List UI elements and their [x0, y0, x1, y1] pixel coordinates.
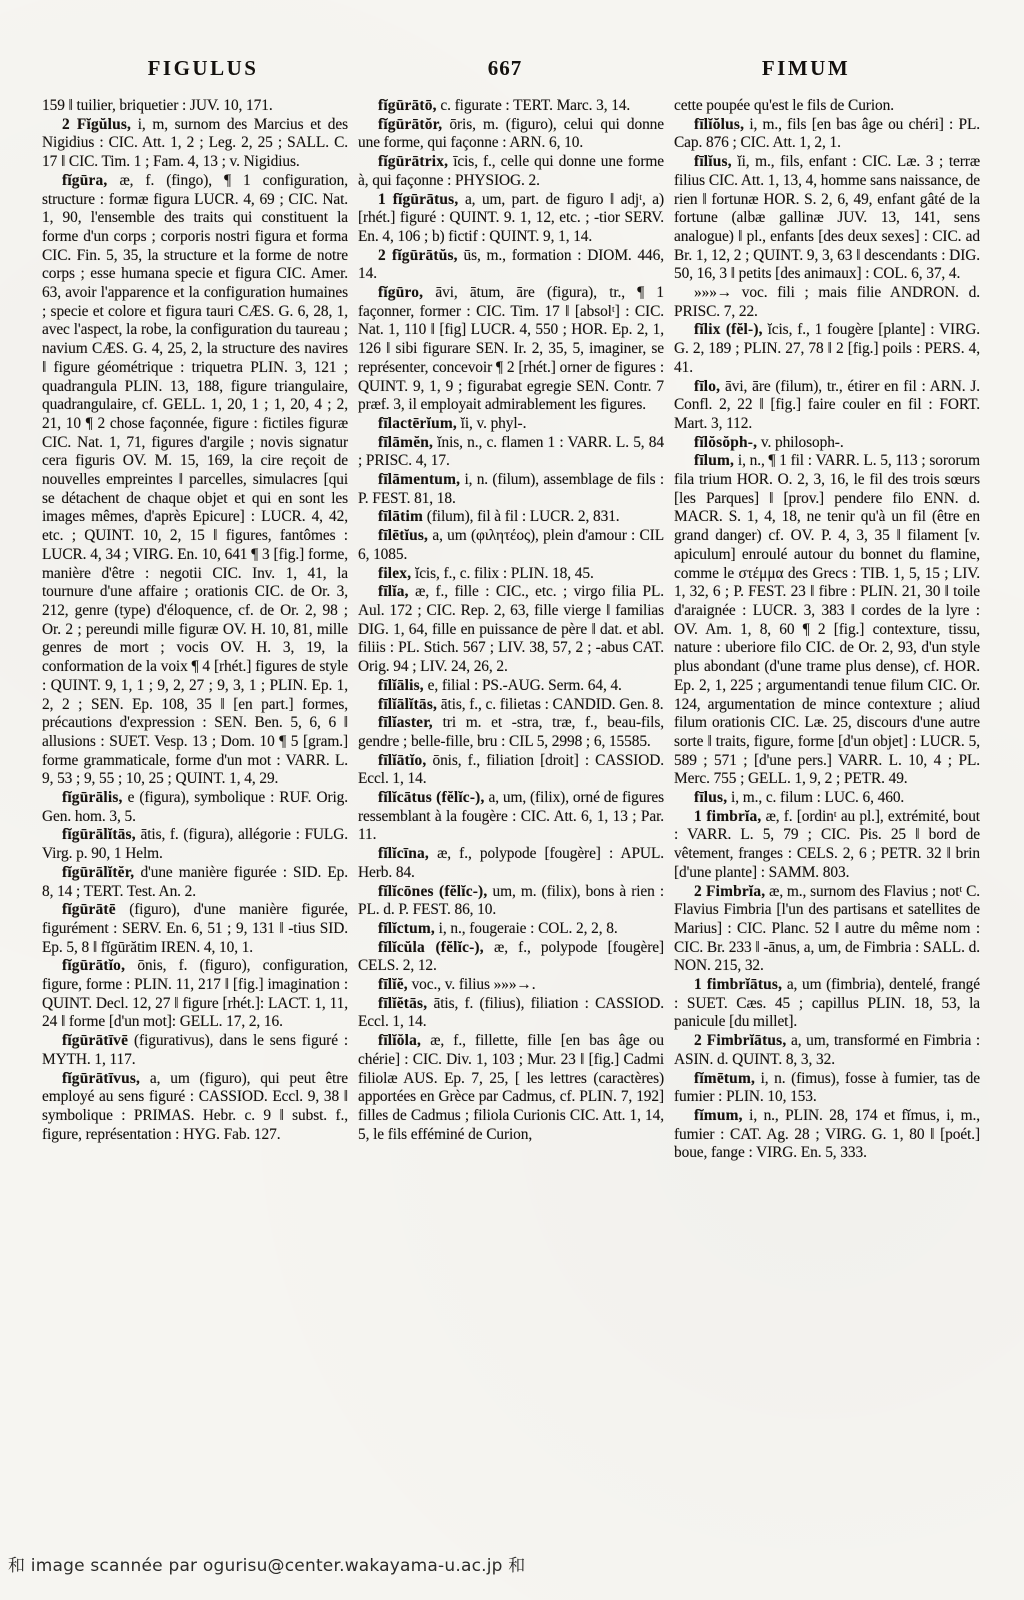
dictionary-entry: fĭgūrātē (figuro), d'une manière figurée… — [42, 901, 348, 957]
column-middle: fĭgūrātō, c. figurate : TERT. Marc. 3, 1… — [358, 97, 664, 1547]
dictionary-entry: 2 fĭgūrātŭs, ūs, m., formation : DIOM. 4… — [358, 247, 664, 284]
headword: fīlĭŏla, — [378, 1032, 421, 1049]
dictionary-entry: filex, ĭcis, f., c. filix : PLIN. 18, 45… — [358, 565, 664, 584]
page-number: 667 — [488, 56, 523, 81]
dictionary-entry: fīlum, i, n., ¶ 1 fil : VARR. L. 5, 113 … — [674, 452, 980, 789]
headword: fĭlĭcātus (fĕlĭc-), — [378, 789, 485, 806]
dictionary-entry: fīlĭĕ, voc., v. filius »»»→. — [358, 976, 664, 995]
dictionary-entry: fĭlĭcōnes (fĕlĭc-), um, m. (filix), bons… — [358, 883, 664, 920]
dictionary-entry: fīlactērĭum, ĭi, v. phyl-. — [358, 415, 664, 434]
headword: fīlĭa, — [378, 583, 409, 600]
dictionary-entry: 1 fimbrĭātus, a, um (fimbria), dentelé, … — [674, 976, 980, 1032]
dictionary-entry: fĭgūrātŏr, ōris, m. (figuro), celui qui … — [358, 116, 664, 153]
headword: fĭgūrātō, — [378, 97, 437, 114]
dictionary-entry: fīlĭŏlus, i, m., fils [en bas âge ou ché… — [674, 116, 980, 153]
headword: fīlĭŏlus, — [694, 116, 744, 133]
dictionary-entry: fĭgūra, æ, f. (fingo), ¶ 1 configuration… — [42, 172, 348, 789]
dictionary-entry: fĭlĭcātus (fĕlĭc-), a, um, (filix), orné… — [358, 789, 664, 845]
dictionary-entry: fīlĭaster, tri m. et -stra, træ, f., bea… — [358, 714, 664, 751]
dictionary-entry: fĭlix (fĕl-), ĭcis, f., 1 fougère [plant… — [674, 321, 980, 377]
column-left: 159 ‖ tuilier, briquetier : JUV. 10, 171… — [42, 97, 348, 1547]
dictionary-entry: cette poupée qu'est le fils de Curion. — [674, 97, 980, 116]
headword: 2 Fĭgŭlus, — [62, 116, 131, 133]
headword: fĭlĭcīna, — [378, 845, 429, 862]
headword: fīlĭālĭtās, — [378, 696, 437, 713]
headword: 2 Fimbrĭa, — [694, 883, 765, 900]
dictionary-entry: fīlĭātĭo, ōnis, f., filiation [droit] : … — [358, 752, 664, 789]
headword: fĭlĭctum, — [378, 920, 435, 937]
dictionary-entry: fĭgūrātīvē (figurativus), dans le sens f… — [42, 1032, 348, 1069]
column-right: cette poupée qu'est le fils de Curion.fī… — [674, 97, 980, 1547]
headword: fĭgūra, — [62, 172, 107, 189]
headword: fĭgūrātrix, — [378, 153, 448, 170]
headword: 1 fĭgūrātus, — [378, 191, 458, 208]
headword: fīlĭus, — [694, 153, 732, 170]
headword: 2 Fimbrĭātus, — [694, 1032, 786, 1049]
dictionary-entry: fīlātim (filum), fil à fil : LUCR. 2, 83… — [358, 508, 664, 527]
dictionary-entry: fĭlŏsŏph-, v. philosoph-. — [674, 434, 980, 453]
headword: fīlāmĕn, — [378, 434, 433, 451]
headword: filex, — [378, 565, 411, 582]
dictionary-entry: fīlĭālĭtās, ātis, f., c. filietas : CAND… — [358, 696, 664, 715]
running-head-left: FIGULUS — [148, 56, 259, 81]
dictionary-entry: fīlāmĕn, ĭnis, n., c. flamen 1 : VARR. L… — [358, 434, 664, 471]
headword: fīlus, — [694, 789, 727, 806]
headword: fĭmum, — [694, 1107, 743, 1124]
dictionary-entry: 2 Fimbrĭa, æ, m., surnom des Flavius ; n… — [674, 883, 980, 977]
scan-credit-footer: 和 image scannée par ogurisu@center.wakay… — [8, 1551, 525, 1576]
headword: fīlātim — [378, 508, 423, 525]
dictionary-entry: fĭgūrātō, c. figurate : TERT. Marc. 3, 1… — [358, 97, 664, 116]
dictionary-entry: fīlāmentum, i, n. (filum), assemblage de… — [358, 471, 664, 508]
dictionary-entry: fĭgūrālĭtĕr, d'une manière figurée : SID… — [42, 864, 348, 901]
dictionary-entry: 2 Fĭgŭlus, i, m, surnom des Marcius et d… — [42, 116, 348, 172]
dictionary-entry: fĭlĭcŭla (fĕlĭc-), æ, f., polypode [foug… — [358, 939, 664, 976]
headword: fĭgūrātīvus, — [62, 1070, 140, 1087]
headword: fīlĭaster, — [378, 714, 433, 731]
headword: fĭgūrālĭtās, — [62, 826, 136, 843]
dictionary-entry: fīlo, āvi, āre (filum), tr., étirer en f… — [674, 378, 980, 434]
headword: fĭlix (fĕl-), — [694, 321, 763, 338]
dictionary-entry: fĭmētum, i, n. (fimus), fosse à fumier, … — [674, 1070, 980, 1107]
headword: fĭgūrālis, — [62, 789, 123, 806]
dictionary-entry: 2 Fimbrĭātus, a, um, transformé en Fimbr… — [674, 1032, 980, 1069]
headword: fīlĭĕtās, — [378, 995, 427, 1012]
headword: fīlāmentum, — [378, 471, 460, 488]
dictionary-entry: 1 fĭgūrātus, a, um, part. de figuro ‖ ad… — [358, 191, 664, 247]
headword: fīlĭĕ, — [378, 976, 408, 993]
headword: fĭgūrātīvē — [62, 1032, 128, 1049]
headword: fīlactērĭum, — [378, 415, 457, 432]
headword: fīlĭālis, — [378, 677, 424, 694]
headword: fĭmētum, — [694, 1070, 755, 1087]
headword: fīlĭātĭo, — [378, 752, 426, 769]
headword: 1 fimbrĭa, — [694, 808, 761, 825]
dictionary-entry: fĭgūrātrix, īcis, f., celle qui donne un… — [358, 153, 664, 190]
headword: fīlētĭus, — [378, 527, 428, 544]
headword: fĭgūrātē — [62, 901, 116, 918]
dictionary-entry: fĭgūrālis, e (figura), symbolique : RUF.… — [42, 789, 348, 826]
dictionary-entry: fĭgūrātĭo, ōnis, f. (figuro), configurat… — [42, 957, 348, 1032]
dictionary-entry: fĭgūro, āvi, ātum, āre (figura), tr., ¶ … — [358, 284, 664, 415]
headword: fĭlŏsŏph-, — [694, 434, 757, 451]
dictionary-entry: »»»→ voc. fili ; mais filie ANDRON. d. P… — [674, 284, 980, 321]
headword: fĭgūrātŏr, — [378, 116, 442, 133]
headword: fĭgūrātĭo, — [62, 957, 125, 974]
scanned-dictionary-page: FIGULUS 667 FIMUM 159 ‖ tuilier, briquet… — [0, 0, 1024, 1600]
dictionary-entry: fĭmum, i, n., PLIN. 28, 174 et fĭmus, i,… — [674, 1107, 980, 1163]
dictionary-entry: fīlĭa, æ, f., fille : CIC., etc. ; virgo… — [358, 583, 664, 677]
dictionary-entry: fĭgūrālĭtās, ātis, f. (figura), allégori… — [42, 826, 348, 863]
dictionary-entry: fīlĭŏla, æ, f., fillette, fille [en bas … — [358, 1032, 664, 1144]
headword: fĭlĭcŭla (fĕlĭc-), — [378, 939, 484, 956]
running-head-right: FIMUM — [762, 56, 850, 81]
dictionary-entry: fīlus, i, m., c. filum : LUC. 6, 460. — [674, 789, 980, 808]
dictionary-entry: fīlĭālis, e, filial : PS.-AUG. Serm. 64,… — [358, 677, 664, 696]
dictionary-entry: fīlĭĕtās, ātis, f. (filius), filiation :… — [358, 995, 664, 1032]
headword: 2 fĭgūrātŭs, — [378, 247, 458, 264]
headword: fĭgūro, — [378, 284, 423, 301]
headword: fĭlĭcōnes (fĕlĭc-), — [378, 883, 487, 900]
dictionary-entry: 159 ‖ tuilier, briquetier : JUV. 10, 171… — [42, 97, 348, 116]
dictionary-entry: 1 fimbrĭa, æ, f. [ordinᵗ au pl.], extrém… — [674, 808, 980, 883]
headword: fīlo, — [694, 378, 720, 395]
dictionary-entry: fīlĭus, ĭi, m., fils, enfant : CIC. Læ. … — [674, 153, 980, 284]
text-columns: 159 ‖ tuilier, briquetier : JUV. 10, 171… — [42, 97, 982, 1547]
headword: fīlum, — [694, 452, 734, 469]
dictionary-entry: fĭlĭctum, i, n., fougeraie : COL. 2, 2, … — [358, 920, 664, 939]
dictionary-entry: fĭlĭcīna, æ, f., polypode [fougère] : AP… — [358, 845, 664, 882]
dictionary-entry: fīlētĭus, a, um (φιλητέος), plein d'amou… — [358, 527, 664, 564]
dictionary-entry: fĭgūrātīvus, a, um (figuro), qui peut êt… — [42, 1070, 348, 1145]
headword: fĭgūrālĭtĕr, — [62, 864, 134, 881]
headword: 1 fimbrĭātus, — [694, 976, 782, 993]
